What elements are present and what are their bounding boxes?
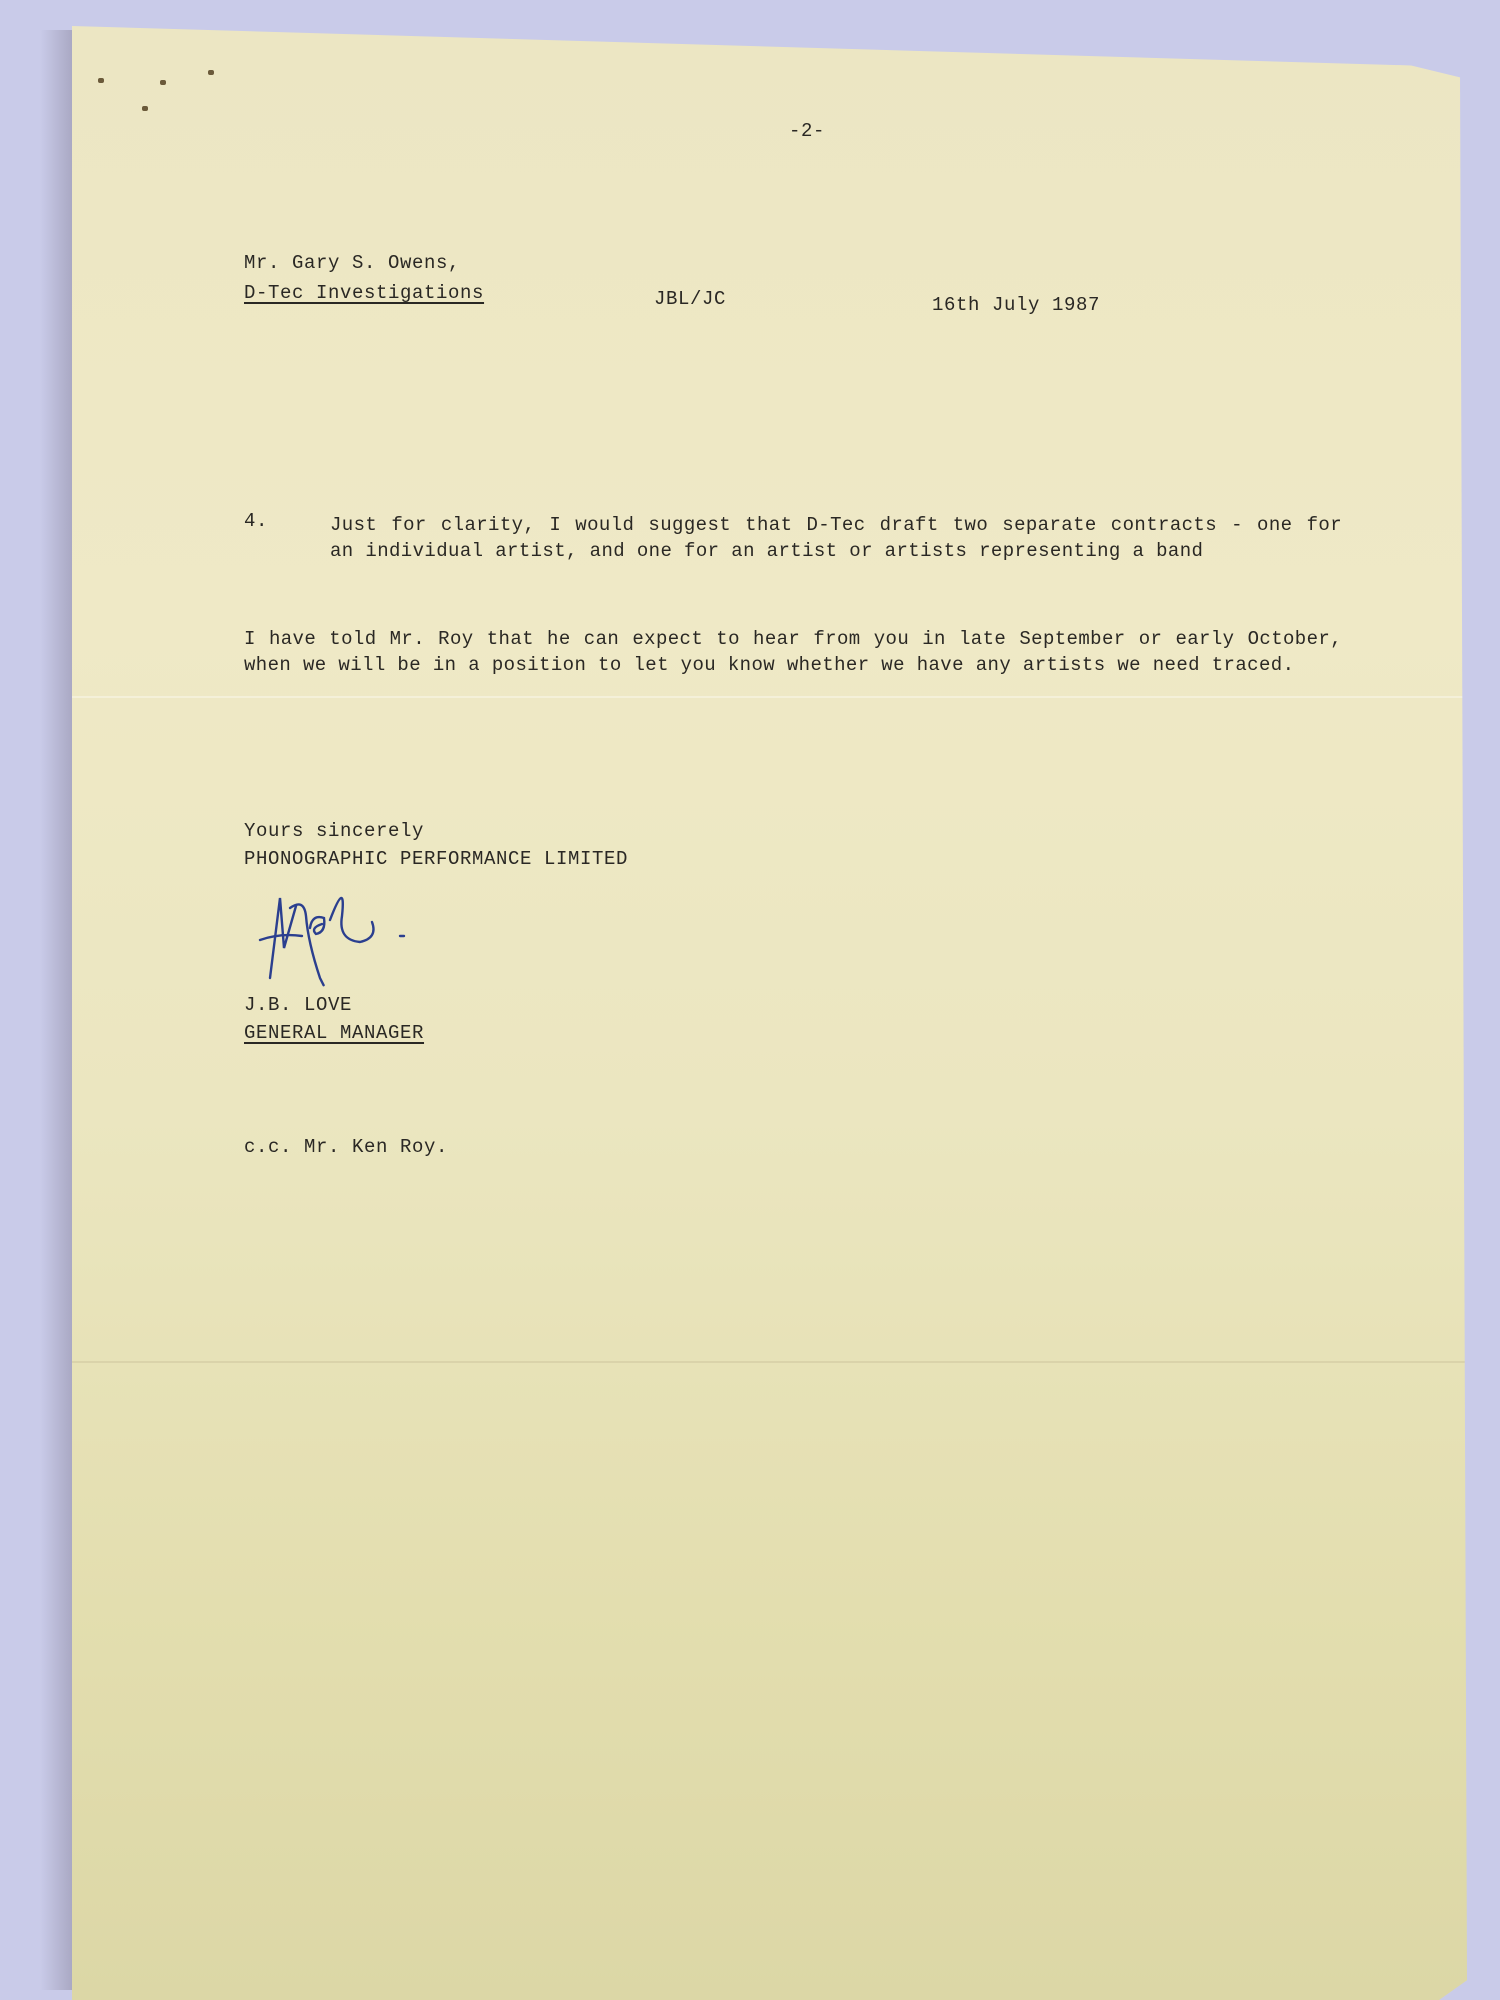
signatory-title: GENERAL MANAGER bbox=[244, 1022, 424, 1044]
reference-code: JBL/JC bbox=[654, 288, 726, 310]
paper-fold bbox=[72, 1361, 1467, 1363]
recipient-name: Mr. Gary S. Owens, bbox=[244, 252, 460, 274]
paper-fold bbox=[72, 696, 1467, 698]
carbon-copy: c.c. Mr. Ken Roy. bbox=[244, 1136, 448, 1158]
staple-hole bbox=[160, 80, 166, 85]
page-number: -2- bbox=[789, 120, 825, 142]
staple-hole bbox=[142, 106, 148, 111]
item-text: Just for clarity, I would suggest that D… bbox=[330, 512, 1342, 564]
body-paragraph: I have told Mr. Roy that he can expect t… bbox=[244, 626, 1342, 678]
signatory-name: J.B. LOVE bbox=[244, 994, 352, 1016]
staple-hole bbox=[208, 70, 214, 75]
item-number: 4. bbox=[244, 510, 268, 532]
recipient-company: D-Tec Investigations bbox=[244, 282, 484, 304]
handwritten-signature bbox=[250, 878, 450, 998]
letter-date: 16th July 1987 bbox=[932, 294, 1100, 316]
organization: PHONOGRAPHIC PERFORMANCE LIMITED bbox=[244, 848, 628, 870]
staple-hole bbox=[98, 78, 104, 83]
closing: Yours sincerely bbox=[244, 820, 424, 842]
